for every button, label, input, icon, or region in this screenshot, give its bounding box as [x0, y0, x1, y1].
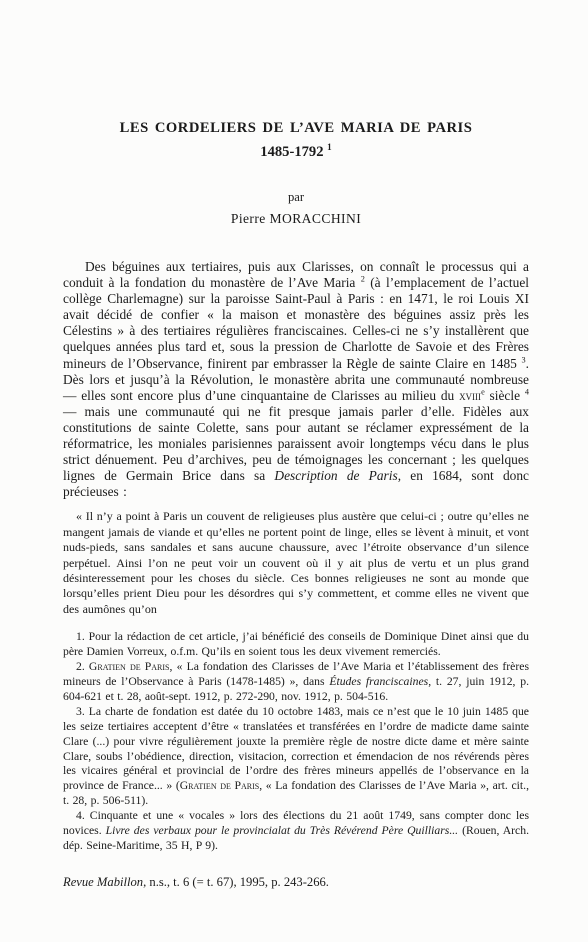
article-title: LES CORDELIERS DE L’AVE MARIA DE PARIS — [63, 120, 529, 137]
byline-prefix: par — [63, 190, 529, 205]
journal-citation: Revue Mabillon, n.s., t. 6 (= t. 67), 19… — [63, 875, 529, 890]
footnotes-section: 1. Pour la rédaction de cet article, j’a… — [63, 630, 529, 854]
footnote-2: 2. Gratien de Paris, « La fondation des … — [63, 660, 529, 705]
footnote-3: 3. La charte de fondation est datée du 1… — [63, 705, 529, 809]
author-name: Pierre MORACCHINI — [63, 211, 529, 227]
footnote-1: 1. Pour la rédaction de cet article, j’a… — [63, 630, 529, 660]
main-paragraph: Des béguines aux tertiaires, puis aux Cl… — [63, 259, 529, 500]
page: LES CORDELIERS DE L’AVE MARIA DE PARIS 1… — [0, 0, 588, 942]
text-column: LES CORDELIERS DE L’AVE MARIA DE PARIS 1… — [63, 0, 529, 890]
block-quotation: « Il n’y a point à Paris un couvent de r… — [63, 509, 529, 617]
article-subtitle: 1485-1792 1 — [63, 144, 529, 161]
footnote-4: 4. Cinquante et une « vocales » lors des… — [63, 809, 529, 854]
article-header: LES CORDELIERS DE L’AVE MARIA DE PARIS 1… — [63, 120, 529, 227]
article-body: Des béguines aux tertiaires, puis aux Cl… — [63, 259, 529, 617]
